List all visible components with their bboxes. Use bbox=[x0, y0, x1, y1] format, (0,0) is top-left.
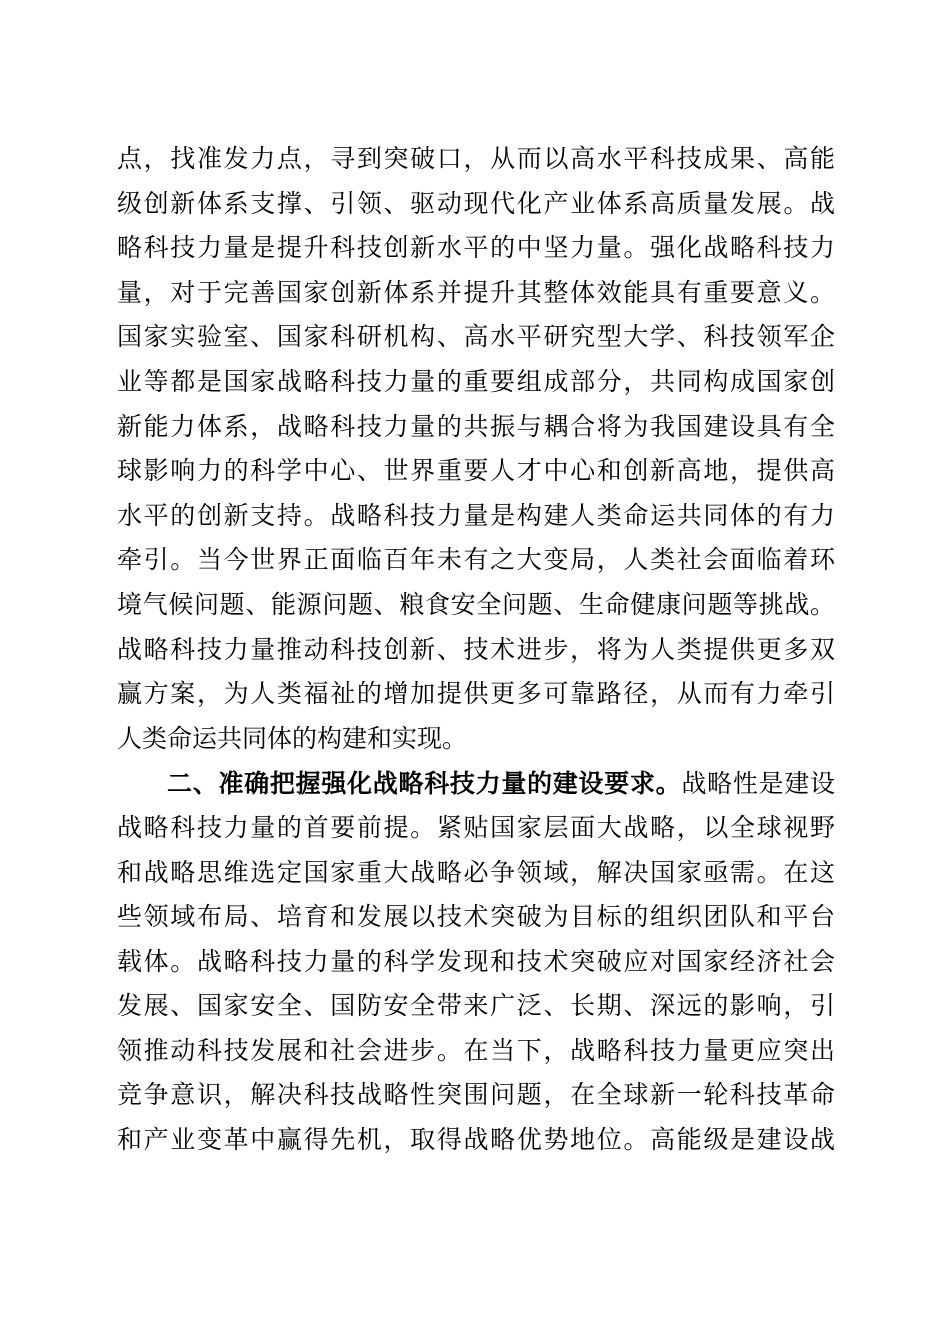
paragraph-1-line-13: 赢方案，为人类福祉的增加提供更多可靠路径，从而有力牵引 bbox=[117, 673, 835, 718]
body-text-segment: 牵引。当今世界正面临百年未有之大变局，人类社会面临着环 bbox=[117, 547, 835, 574]
body-text-segment: 和产业变革中赢得先机，取得战略优势地位。高能级是建设战 bbox=[117, 1127, 835, 1154]
body-text-segment: 战略科技力量推动科技创新、技术进步，将为人类提供更多双 bbox=[117, 637, 835, 664]
body-text-segment: 球影响力的科学中心、世界重要人才中心和创新高地，提供高 bbox=[117, 458, 835, 485]
paragraph-2-line-6: 发展、国家安全、国防安全带来广泛、长期、深远的影响，引 bbox=[117, 985, 835, 1030]
body-text-segment: 国家实验室、国家科研机构、高水平研究型大学、科技领军企 bbox=[117, 324, 835, 351]
paragraph-2-line-4: 些领域布局、培育和发展以技术突破为目标的组织团队和平台 bbox=[117, 896, 835, 941]
paragraph-1-line-10: 牵引。当今世界正面临百年未有之大变局，人类社会面临着环 bbox=[117, 539, 835, 584]
body-text-segment: 人类命运共同体的构建和实现。 bbox=[117, 726, 467, 753]
body-text-segment: 领推动科技发展和社会进步。在当下，战略科技力量更应突出 bbox=[117, 1038, 835, 1065]
paragraph-2-line-8: 竞争意识，解决科技战略性突围问题，在全球新一轮科技革命 bbox=[117, 1074, 835, 1119]
body-text-segment: 水平的创新支持。战略科技力量是构建人类命运共同体的有力 bbox=[117, 503, 835, 530]
paragraph-1-line-2: 级创新体系支撑、引领、驱动现代化产业体系高质量发展。战 bbox=[117, 183, 835, 228]
paragraph-1-line-6: 业等都是国家战略科技力量的重要组成部分，共同构成国家创 bbox=[117, 361, 835, 406]
body-text-segment: 赢方案，为人类福祉的增加提供更多可靠路径，从而有力牵引 bbox=[117, 681, 835, 708]
body-text-segment: 发展、国家安全、国防安全带来广泛、长期、深远的影响，引 bbox=[117, 993, 835, 1020]
paragraph-2-line-2: 战略科技力量的首要前提。紧贴国家层面大战略，以全球视野 bbox=[117, 807, 835, 852]
body-text-segment: 载体。战略科技力量的科学发现和技术突破应对国家经济社会 bbox=[117, 949, 835, 976]
paragraph-2-line-5: 载体。战略科技力量的科学发现和技术突破应对国家经济社会 bbox=[117, 941, 835, 986]
paragraph-1-line-11: 境气候问题、能源问题、粮食安全问题、生命健康问题等挑战。 bbox=[117, 584, 835, 629]
body-text-segment: 业等都是国家战略科技力量的重要组成部分，共同构成国家创 bbox=[117, 369, 835, 396]
document-page: { "page": { "background_color": "#ffffff… bbox=[0, 0, 950, 1344]
paragraph-2-line-1: 二、准确把握强化战略科技力量的建设要求。战略性是建设 bbox=[117, 762, 835, 807]
paragraph-2-line-3: 和战略思维选定国家重大战略必争领域，解决国家亟需。在这 bbox=[117, 852, 835, 897]
paragraph-1-line-7: 新能力体系，战略科技力量的共振与耦合将为我国建设具有全 bbox=[117, 406, 835, 451]
document-body-text: 点，找准发力点，寻到突破口，从而以高水平科技成果、高能级创新体系支撑、引领、驱动… bbox=[117, 138, 835, 1164]
paragraph-1-line-4: 量，对于完善国家创新体系并提升其整体效能具有重要意义。 bbox=[117, 272, 835, 317]
body-text-segment: 和战略思维选定国家重大战略必争领域，解决国家亟需。在这 bbox=[117, 860, 835, 887]
paragraph-1-line-12: 战略科技力量推动科技创新、技术进步，将为人类提供更多双 bbox=[117, 629, 835, 674]
section-heading: 二、准确把握强化战略科技力量的建设要求。 bbox=[167, 770, 681, 798]
body-text-segment: 级创新体系支撑、引领、驱动现代化产业体系高质量发展。战 bbox=[117, 191, 835, 218]
paragraph-2-line-9: 和产业变革中赢得先机，取得战略优势地位。高能级是建设战 bbox=[117, 1119, 835, 1164]
body-text-segment: 竞争意识，解决科技战略性突围问题，在全球新一轮科技革命 bbox=[117, 1082, 835, 1109]
body-text-segment: 略科技力量是提升科技创新水平的中坚力量。强化战略科技力 bbox=[117, 235, 835, 262]
body-text-segment: 量，对于完善国家创新体系并提升其整体效能具有重要意义。 bbox=[117, 280, 835, 307]
body-text-segment: 境气候问题、能源问题、粮食安全问题、生命健康问题等挑战。 bbox=[117, 592, 835, 619]
body-text-segment: 点，找准发力点，寻到突破口，从而以高水平科技成果、高能 bbox=[117, 146, 835, 173]
body-text-segment: 新能力体系，战略科技力量的共振与耦合将为我国建设具有全 bbox=[117, 414, 835, 441]
body-text-segment: 战略性是建设 bbox=[681, 771, 835, 798]
paragraph-1-line-8: 球影响力的科学中心、世界重要人才中心和创新高地，提供高 bbox=[117, 450, 835, 495]
paragraph-2-line-7: 领推动科技发展和社会进步。在当下，战略科技力量更应突出 bbox=[117, 1030, 835, 1075]
page-canvas: 点，找准发力点，寻到突破口，从而以高水平科技成果、高能级创新体系支撑、引领、驱动… bbox=[0, 0, 950, 1344]
paragraph-1-line-5: 国家实验室、国家科研机构、高水平研究型大学、科技领军企 bbox=[117, 316, 835, 361]
paragraph-1-line-3: 略科技力量是提升科技创新水平的中坚力量。强化战略科技力 bbox=[117, 227, 835, 272]
paragraph-1-line-14: 人类命运共同体的构建和实现。 bbox=[117, 718, 835, 763]
paragraph-1-line-9: 水平的创新支持。战略科技力量是构建人类命运共同体的有力 bbox=[117, 495, 835, 540]
body-text-segment: 战略科技力量的首要前提。紧贴国家层面大战略，以全球视野 bbox=[117, 815, 835, 842]
paragraph-1-line-1: 点，找准发力点，寻到突破口，从而以高水平科技成果、高能 bbox=[117, 138, 835, 183]
body-text-segment: 些领域布局、培育和发展以技术突破为目标的组织团队和平台 bbox=[117, 904, 835, 931]
